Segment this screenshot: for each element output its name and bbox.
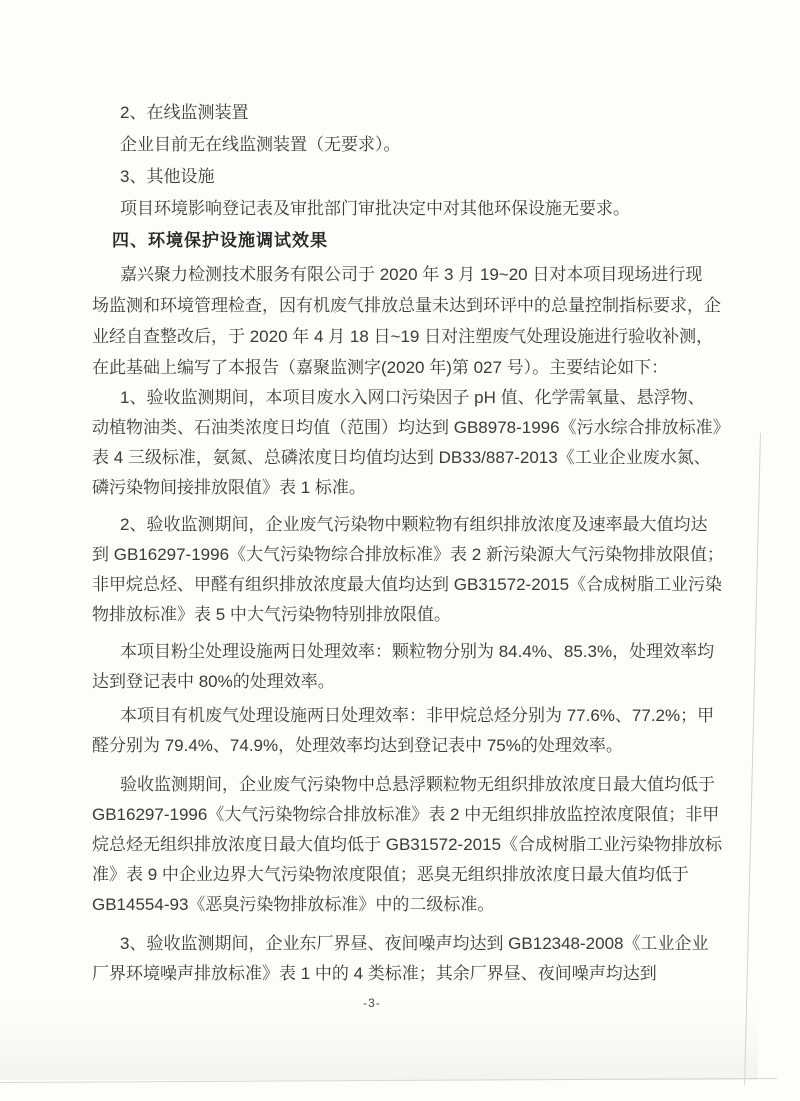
paragraph-dust-efficiency: 本项目粉尘处理设施两日处理效率：颗粒物分别为 84.4%、85.3%，处理效率均…: [92, 637, 712, 697]
paragraph-line: 业经自查整改后，于 2020 年 4 月 18 日~19 日对注塑废气处理设施进…: [92, 321, 712, 352]
para-no-online-monitoring: 企业目前无在线监测装置（无要求）。: [92, 129, 712, 161]
paragraph-line: 表 4 三级标准，氨氮、总磷浓度日均值均达到 DB33/887-2013《工业企…: [92, 443, 712, 473]
paragraph-intro: 嘉兴聚力检测技术服务有限公司于 2020 年 3 月 19~20 日对本项目现场…: [92, 259, 712, 383]
paragraph-conclusion-waste-gas: 2、验收监测期间，企业废气污染物中颗粒物有组织排放浓度及速率最大值均达 到 GB…: [92, 510, 712, 630]
section-heading-4: 四、环境保护设施调试效果: [92, 225, 712, 257]
paragraph-line: 非甲烷总烃、甲醛有组织排放浓度最大值均达到 GB31572-2015《合成树脂工…: [92, 570, 712, 600]
paragraph-line: 验收监测期间，企业废气污染物中总悬浮颗粒物无组织排放浓度日最大值均低于: [92, 770, 712, 800]
paragraph-line: 2、验收监测期间，企业废气污染物中颗粒物有组织排放浓度及速率最大值均达: [92, 510, 712, 540]
paragraph-line: 动植物油类、石油类浓度日均值（范围）均达到 GB8978-1996《污水综合排放…: [92, 413, 712, 443]
paragraph-line: 3、验收监测期间，企业东厂界昼、夜间噪声均达到 GB12348-2008《工业企…: [92, 929, 712, 959]
paragraph-line: GB14554-93《恶臭污染物排放标准》中的二级标准。: [92, 890, 712, 920]
para-other-facilities: 项目环境影响登记表及审批部门审批决定中对其他环保设施无要求。: [92, 193, 712, 225]
paragraph-line: 在此基础上编写了本报告（嘉聚监测字(2020 年)第 027 号）。主要结论如下…: [92, 352, 712, 383]
paragraph-line: 嘉兴聚力检测技术服务有限公司于 2020 年 3 月 19~20 日对本项目现场…: [92, 259, 712, 290]
paragraph-fugitive-emissions: 验收监测期间，企业废气污染物中总悬浮颗粒物无组织排放浓度日最大值均低于 GB16…: [92, 770, 712, 920]
paragraph-line: 醛分别为 79.4%、74.9%，处理效率均达到登记表中 75%的处理效率。: [92, 731, 712, 761]
paragraph-conclusion-noise: 3、验收监测期间，企业东厂界昼、夜间噪声均达到 GB12348-2008《工业企…: [92, 929, 712, 989]
scanned-report-page: 2、在线监测装置 企业目前无在线监测装置（无要求）。 3、其他设施 项目环境影响…: [0, 0, 800, 1101]
list-item-other-facilities: 3、其他设施: [92, 161, 712, 193]
paragraph-line: 准》表 9 中企业边界大气污染物浓度限值；恶臭无组织排放浓度日最大值均低于: [92, 860, 712, 890]
page-edge-right-line: [744, 433, 761, 1085]
paragraph-line: 达到登记表中 80%的处理效率。: [92, 667, 712, 697]
paragraph-line: 本项目粉尘处理设施两日处理效率：颗粒物分别为 84.4%、85.3%，处理效率均: [92, 637, 712, 667]
document-body: 2、在线监测装置 企业目前无在线监测装置（无要求）。 3、其他设施 项目环境影响…: [92, 97, 712, 989]
paragraph-conclusion-wastewater: 1、验收监测期间，本项目废水入网口污染因子 pH 值、化学需氧量、悬浮物、 动植…: [92, 383, 712, 503]
list-item-online-monitoring: 2、在线监测装置: [92, 97, 712, 129]
paragraph-organic-efficiency: 本项目有机废气处理设施两日处理效率：非甲烷总烃分别为 77.6%、77.2%；甲…: [92, 701, 712, 761]
page-number: -3-: [0, 996, 772, 1010]
paragraph-line: GB16297-1996《大气污染物综合排放标准》表 2 中无组织排放监控浓度限…: [92, 800, 712, 830]
paragraph-line: 场监测和环境管理检查，因有机废气排放总量未达到环评中的总量控制指标要求，企: [92, 290, 712, 321]
page-edge-bottom-line: [0, 1078, 777, 1083]
scan-shadow-band: [0, 1002, 758, 1080]
paragraph-line: 1、验收监测期间，本项目废水入网口污染因子 pH 值、化学需氧量、悬浮物、: [92, 383, 712, 413]
paragraph-line: 到 GB16297-1996《大气污染物综合排放标准》表 2 新污染源大气污染物…: [92, 540, 712, 570]
facilities-list-section: 2、在线监测装置 企业目前无在线监测装置（无要求）。 3、其他设施 项目环境影响…: [92, 97, 712, 257]
paragraph-line: 本项目有机废气处理设施两日处理效率：非甲烷总烃分别为 77.6%、77.2%；甲: [92, 701, 712, 731]
paragraph-line: 厂界环境噪声排放标准》表 1 中的 4 类标准；其余厂界昼、夜间噪声均达到: [92, 959, 712, 989]
paragraph-line: 烷总烃无组织排放浓度日最大值均低于 GB31572-2015《合成树脂工业污染物…: [92, 830, 712, 860]
paragraph-line: 物排放标准》表 5 中大气污染物特别排放限值。: [92, 600, 712, 630]
paragraph-line: 磷污染物间接排放限值》表 1 标准。: [92, 473, 712, 503]
